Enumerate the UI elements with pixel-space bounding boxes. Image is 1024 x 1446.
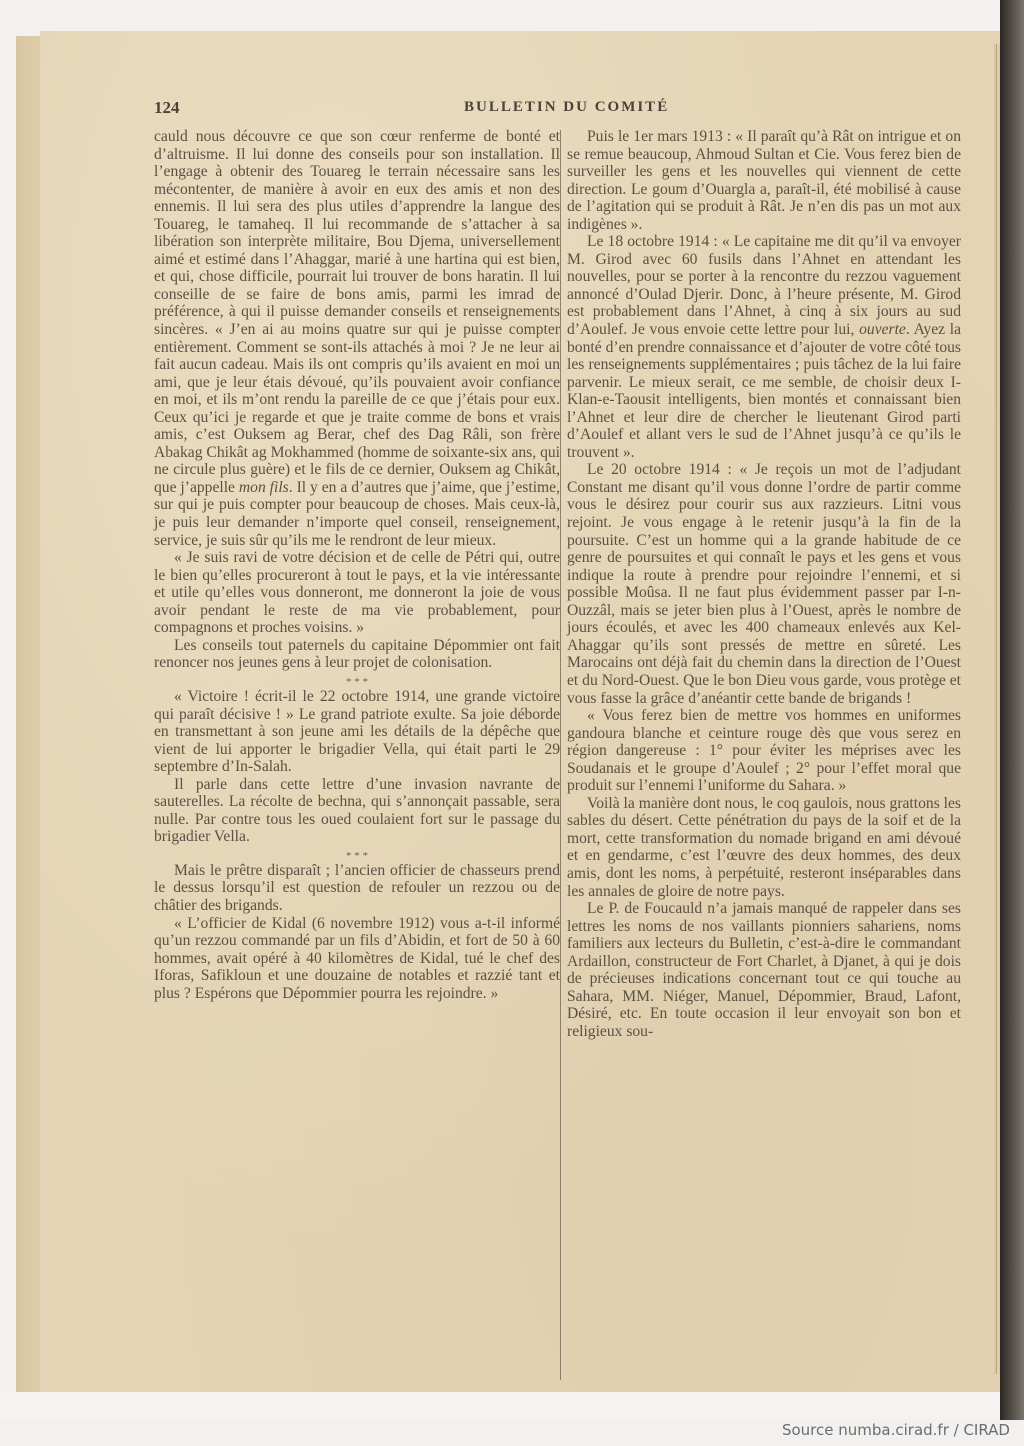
paragraph: Le 20 octobre 1914 : « Je reçois un mot … (567, 461, 961, 707)
paragraph: Il parle dans cette lettre d’une invasio… (154, 776, 560, 846)
paragraph: cauld nous découvre ce que son cœur renf… (154, 128, 560, 549)
paragraph-text: . Ayez la bonté d’en prendre connaissanc… (567, 321, 961, 461)
paragraph: Puis le 1er mars 1913 : « Il paraît qu’à… (567, 128, 961, 233)
left-column: cauld nous découvre ce que son cœur renf… (154, 128, 560, 1002)
section-separator: * * * (154, 678, 560, 686)
italic-text: ouverte (859, 321, 906, 338)
scan-bottom-margin (0, 1392, 1000, 1420)
source-credit: Source numba.cirad.fr / CIRAD (782, 1421, 1010, 1439)
running-title: BULLETIN DU COMITÉ (464, 99, 669, 116)
page-number: 124 (154, 98, 180, 118)
italic-text: mon fils (239, 479, 289, 496)
paragraph: Les conseils tout paternels du capitaine… (154, 637, 560, 672)
page-header: 124 BULLETIN DU COMITÉ (154, 98, 964, 120)
paragraph: « L’officier de Kidal (6 novembre 1912) … (154, 915, 560, 1003)
paragraph: Le P. de Foucauld n’a jamais manqué de r… (567, 900, 961, 1040)
paragraph: « Je suis ravi de votre décision et de c… (154, 549, 560, 637)
paragraph: Le 18 octobre 1914 : « Le capitaine me d… (567, 233, 961, 461)
book-binding (1000, 0, 1024, 1420)
paragraph: « Victoire ! écrit-il le 22 octobre 1914… (154, 688, 560, 776)
section-separator: * * * (154, 852, 560, 860)
paragraph-text: cauld nous découvre ce que son cœur renf… (154, 128, 560, 496)
right-column: Puis le 1er mars 1913 : « Il paraît qu’à… (567, 128, 961, 1040)
column-divider (560, 130, 561, 1380)
paragraph: Mais le prêtre disparaît ; l’ancien offi… (154, 862, 560, 915)
paragraph: Voilà la manière dont nous, le coq gaulo… (567, 795, 961, 900)
paragraph: « Vous ferez bien de mettre vos hommes e… (567, 707, 961, 795)
